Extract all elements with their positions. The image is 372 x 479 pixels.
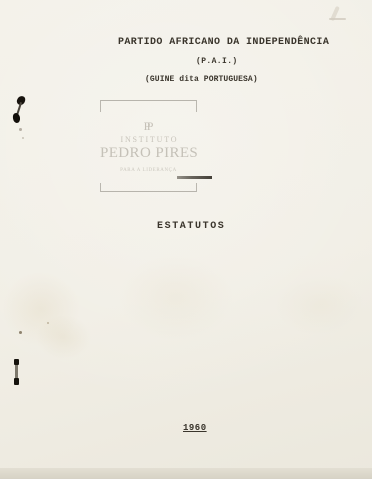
document-region-subtitle: (GUINE dita PORTUGUESA) [145,76,258,84]
corner-smudge-mark [329,18,346,20]
ink-dash-mark [177,176,212,179]
ink-blot-mark [12,113,20,124]
watermark-frame-bottom [100,183,197,192]
year-label: 1960 [183,424,207,433]
staple-end-mark [14,359,19,365]
foxing-dot [47,322,49,324]
pedro-pires-monogram-icon: PP [100,120,197,132]
foxing-dot [19,331,22,334]
institute-watermark: PP INSTITUTO PEDRO PIRES PARA A LIDERANÇ… [100,100,197,192]
ink-dot-mark [22,137,24,139]
watermark-institute-label: INSTITUTO [100,136,197,144]
estatutos-heading: ESTATUTOS [157,222,225,232]
paper-stain [36,315,91,360]
watermark-tagline-label: PARA A LIDERANÇA [100,168,197,173]
ink-dot-mark [19,128,22,131]
paper-stain [118,255,233,340]
paper-stain [275,275,365,335]
document-title: PARTIDO AFRICANO DA INDEPENDÊNCIA [118,38,329,48]
watermark-name-label: PEDRO PIRES [100,146,197,161]
page-bottom-edge-shadow [0,468,372,479]
scanned-cover-page: PARTIDO AFRICANO DA INDEPENDÊNCIA (P.A.I… [0,0,372,479]
document-acronym: (P.A.I.) [196,58,238,66]
staple-end-mark [14,378,19,385]
watermark-frame-top [100,100,197,112]
